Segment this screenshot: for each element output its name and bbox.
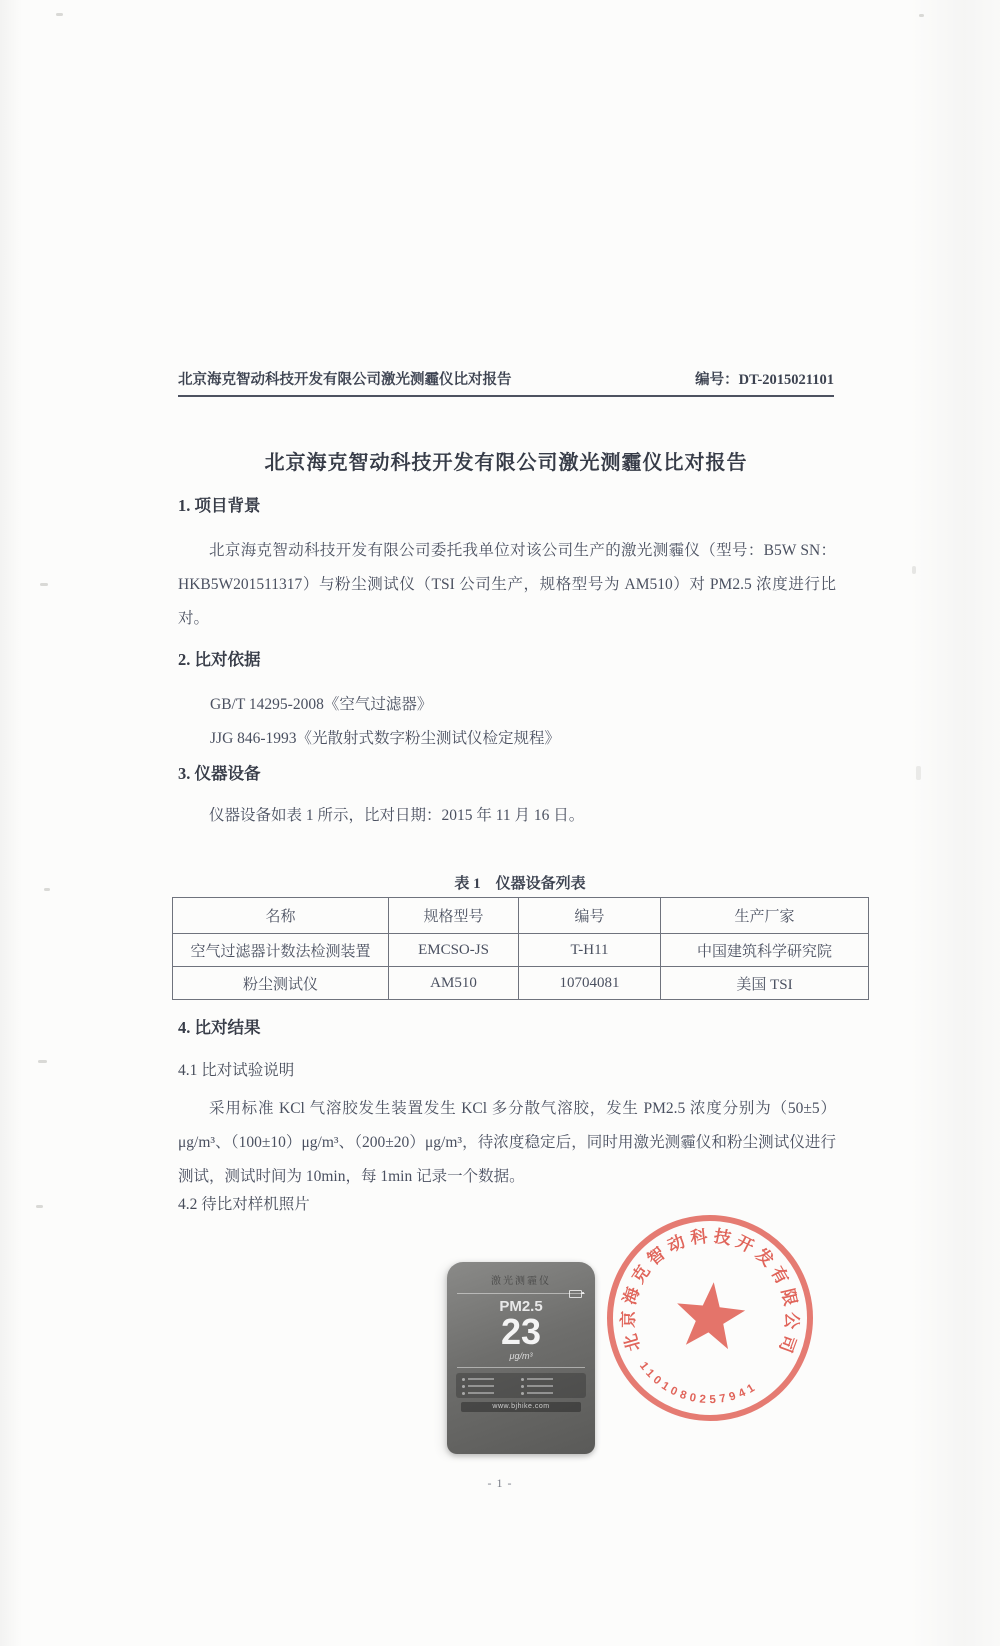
- aqi-level-item: [462, 1384, 521, 1388]
- reference-item: GB/T 14295-2008《空气过滤器》: [210, 688, 830, 722]
- section1-heading: 1. 项目背景: [178, 492, 834, 516]
- scan-artifact: [56, 13, 63, 16]
- cell-model: EMCSO-JS: [389, 934, 519, 967]
- scan-artifact: [36, 1205, 43, 1208]
- page-header: 北京海克智动科技开发有限公司激光测霾仪比对报告 编号：DT-2015021101: [178, 368, 834, 397]
- aqi-level-legend: [456, 1373, 586, 1398]
- cell-serial: 10704081: [519, 967, 661, 1000]
- col-header-model: 规格型号: [389, 898, 519, 934]
- battery-icon: [569, 1290, 582, 1298]
- scan-edge-shade-left: [0, 0, 22, 1646]
- aqi-level-item: [521, 1377, 580, 1381]
- cell-model: AM510: [389, 967, 519, 1000]
- section4-heading: 4. 比对结果: [178, 1014, 834, 1038]
- cell-serial: T-H11: [519, 934, 661, 967]
- section3-paragraph: 仪器设备如表 1 所示，比对日期：2015 年 11 月 16 日。: [178, 799, 836, 833]
- scan-edge-shade-right: [910, 0, 1000, 1646]
- aqi-level-item: [521, 1384, 580, 1388]
- screen-divider: [457, 1367, 585, 1368]
- scan-artifact: [912, 566, 916, 574]
- document-title: 北京海克智动科技开发有限公司激光测霾仪比对报告: [178, 446, 834, 475]
- page-number: - 1 -: [0, 1476, 1000, 1491]
- cell-manufacturer: 中国建筑科学研究院: [661, 934, 869, 967]
- table-row: 粉尘测试仪 AM510 10704081 美国 TSI: [173, 967, 869, 1000]
- company-seal-stamp: 北京海克智动科技开发有限公司 1101080257941: [594, 1202, 827, 1435]
- reference-item: JJG 846-1993《光散射式数字粉尘测试仪检定规程》: [210, 722, 830, 756]
- device-reading-value: 23: [447, 1313, 595, 1351]
- col-header-manufacturer: 生产厂家: [661, 898, 869, 934]
- table-header-row: 名称 规格型号 编号 生产厂家: [173, 898, 869, 934]
- cell-name: 粉尘测试仪: [173, 967, 389, 1000]
- equipment-table: 名称 规格型号 编号 生产厂家 空气过滤器计数法检测装置 EMCSO-JS T-…: [172, 897, 869, 1000]
- device-reading-unit: μg/m³: [447, 1351, 595, 1361]
- svg-text:1101080257941: 1101080257941: [634, 1359, 763, 1412]
- section4-1-heading: 4.1 比对试验说明: [178, 1058, 834, 1080]
- table-row: 空气过滤器计数法检测装置 EMCSO-JS T-H11 中国建筑科学研究院: [173, 934, 869, 967]
- scan-artifact: [44, 888, 50, 891]
- device-brand-label: 激光测霾仪: [447, 1272, 595, 1287]
- section4-1-paragraph: 采用标准 KCl 气溶胶发生装置发生 KCl 多分散气溶胶，发生 PM2.5 浓…: [178, 1092, 836, 1194]
- scan-artifact: [916, 766, 921, 780]
- cell-manufacturer: 美国 TSI: [661, 967, 869, 1000]
- scan-artifact: [38, 1060, 47, 1063]
- device-website-label: www.bjhike.com: [461, 1402, 581, 1412]
- header-title: 北京海克智动科技开发有限公司激光测霾仪比对报告: [178, 368, 512, 389]
- seal-registration-number: 1101080257941: [634, 1359, 763, 1412]
- section3-heading: 3. 仪器设备: [178, 760, 834, 784]
- seal-star-icon: [673, 1279, 748, 1351]
- col-header-serial: 编号: [519, 898, 661, 934]
- section1-paragraph: 北京海克智动科技开发有限公司委托我单位对该公司生产的激光测霾仪（型号：B5W S…: [178, 534, 836, 636]
- aqi-level-item: [462, 1391, 521, 1395]
- section4-2-heading: 4.2 待比对样机照片: [178, 1192, 834, 1214]
- aqi-level-item: [462, 1377, 521, 1381]
- header-doc-number: 编号：DT-2015021101: [695, 368, 834, 389]
- cell-name: 空气过滤器计数法检测装置: [173, 934, 389, 967]
- col-header-name: 名称: [173, 898, 389, 934]
- aqi-level-item: [521, 1391, 580, 1395]
- section2-heading: 2. 比对依据: [178, 646, 834, 670]
- table-caption: 表 1 仪器设备列表: [172, 872, 868, 893]
- scan-artifact: [40, 583, 48, 586]
- scan-artifact: [919, 14, 924, 17]
- sample-device-photo: 激光测霾仪 PM2.5 23 μg/m³ www.bjhike.com: [447, 1262, 595, 1454]
- screen-divider: [457, 1293, 585, 1294]
